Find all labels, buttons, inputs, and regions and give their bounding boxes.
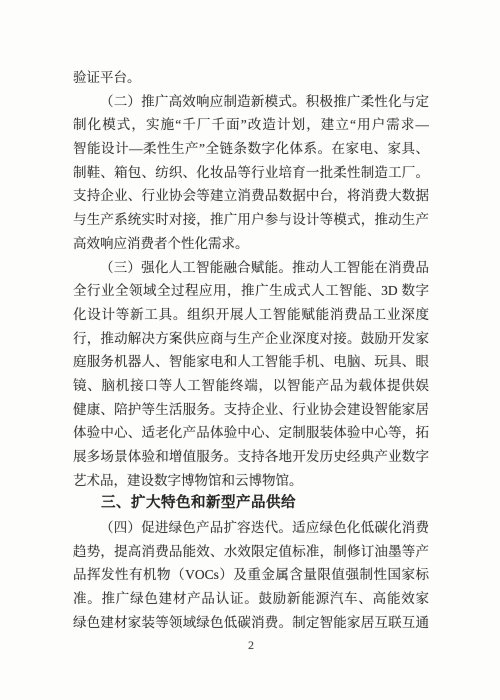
paragraph-lead-line: （二）推广高效响应制造新模式。积极推广柔性化与定 (73, 90, 429, 114)
page-number: 2 (73, 638, 429, 653)
paragraph-lead-line: （三）强化人工智能融合赋能。推动人工智能在消费品 (73, 256, 429, 280)
paragraph-end-line: 高效响应消费者个性化需求。 (73, 232, 429, 256)
text-line: 行，推动解决方案供应商与生产企业深度对接。鼓励开发家 (73, 327, 429, 351)
text-line: 趋势，提高消费品能效、水效限定值标准，制修订油墨等产 (73, 540, 429, 564)
section-heading: 三、扩大特色和新型产品供给 (73, 492, 429, 516)
text-line: 智能设计—柔性生产”全链条数字化体系。在家电、家具、 (73, 137, 429, 161)
text-line: 庭服务机器人、智能家电和人工智能手机、电脑、玩具、眼 (73, 350, 429, 374)
text-line: 全行业全领域全过程应用，推广生成式人工智能、3D 数字 (73, 279, 429, 303)
text-line: 体验中心、适老化产品体验中心、定制服装体验中心等，拓 (73, 421, 429, 445)
text-line: 化设计等新工具。组织开展人工智能赋能消费品工业深度 (73, 303, 429, 327)
scanned-document-page: 验证平台。 （二）推广高效响应制造新模式。积极推广柔性化与定 制化模式，实施“千… (0, 0, 500, 700)
paragraph-end-line: 艺术品，建设数字博物馆和云博物馆。 (73, 469, 429, 493)
text-line: 绿色建材家装等领域绿色低碳消费。制定智能家居互联互通 (73, 611, 429, 635)
document-body: 验证平台。 （二）推广高效响应制造新模式。积极推广柔性化与定 制化模式，实施“千… (73, 66, 429, 635)
paragraph-end-line: 验证平台。 (73, 66, 429, 90)
text-line: 制鞋、箱包、纺织、化妆品等行业培育一批柔性制造工厂。 (73, 161, 429, 185)
text-line: 准。推广绿色建材产品认证。鼓励新能源汽车、高能效家电、 (73, 587, 429, 611)
text-line: 品挥发性有机物（VOCs）及重金属含量限值强制性国家标 (73, 563, 429, 587)
text-line: 制化模式，实施“千厂千面”改造计划，建立“用户需求— (73, 113, 429, 137)
text-line: 展多场景体验和增值服务。支持各地开发历史经典产业数字 (73, 445, 429, 469)
paragraph-lead-line: （四）促进绿色产品扩容迭代。适应绿色化低碳化消费 (73, 516, 429, 540)
text-line: 健康、陪护等生活服务。支持企业、行业协会建设智能家居 (73, 398, 429, 422)
text-line: 镜、脑机接口等人工智能终端，以智能产品为载体提供娱乐、 (73, 374, 429, 398)
text-line: 与生产系统实时对接，推广用户参与设计等模式，推动生产 (73, 208, 429, 232)
text-line: 支持企业、行业协会等建立消费品数据中台，将消费大数据 (73, 184, 429, 208)
